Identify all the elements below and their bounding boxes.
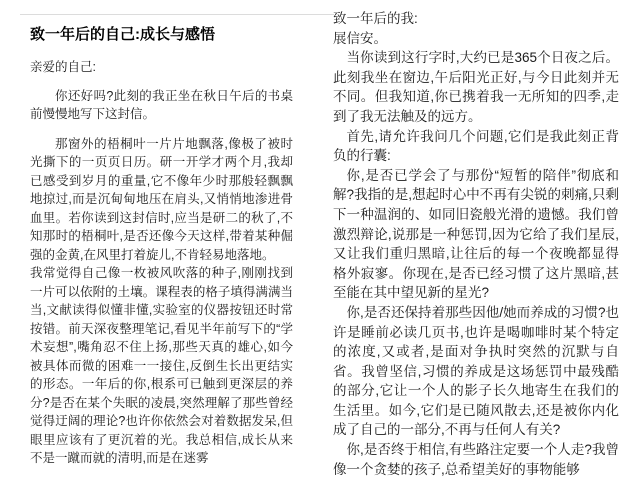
right-letter-paragraph-3: 你,是否已学会了与那份“短暂的陪伴”彻底和解?我指的是,想起时心中不再有尖锐的刺… (333, 166, 619, 303)
right-letter-column: 致一年后的我: 展信安。 当你读到这行字时,大约已是365个日夜之后。此刻我坐在… (333, 9, 619, 479)
left-letter-paragraph-2: 那窗外的梧桐叶一片片地飘落,像极了被时光撕下的一页页日历。研一开学才两个月,我却… (30, 135, 293, 265)
document-page: 致一年后的自己:成长与感悟 亲爱的自己: 你还好吗?此刻的我正坐在秋日午后的书桌… (0, 0, 640, 480)
top-divider-line (20, 14, 334, 15)
right-letter-paragraph-1: 当你读到这行字时,大约已是365个日夜之后。此刻我坐在窗边,午后阳光正好,与今日… (333, 48, 619, 126)
left-letter-salutation: 亲爱的自己: (30, 58, 293, 77)
right-letter-paragraph-4: 你,是否还保持着那些因他/她而养成的习惯?也许是睡前必读几页书,也许是喝咖啡时某… (333, 303, 619, 440)
left-letter-paragraph-3: 我常觉得自己像一枚被风吹落的种子,刚刚找到一片可以依附的土壤。课程表的格子填得满… (30, 264, 293, 468)
right-letter-greeting: 展信安。 (333, 29, 619, 49)
right-letter-paragraph-2: 首先,请允许我问几个问题,它们是我此刻正背负的行囊: (333, 127, 619, 166)
left-letter-paragraph-1: 你还好吗?此刻的我正坐在秋日午后的书桌前慢慢地写下这封信。 (30, 87, 293, 124)
left-letter-title: 致一年后的自己:成长与感悟 (30, 25, 293, 45)
right-letter-paragraph-5: 你,是否终于相信,有些路注定要一个人走?我曾像一个贪婪的孩子,总希望美好的事物能… (333, 440, 619, 479)
right-letter-heading: 致一年后的我: (333, 9, 619, 29)
left-letter-column: 致一年后的自己:成长与感悟 亲爱的自己: 你还好吗?此刻的我正坐在秋日午后的书桌… (30, 25, 293, 468)
